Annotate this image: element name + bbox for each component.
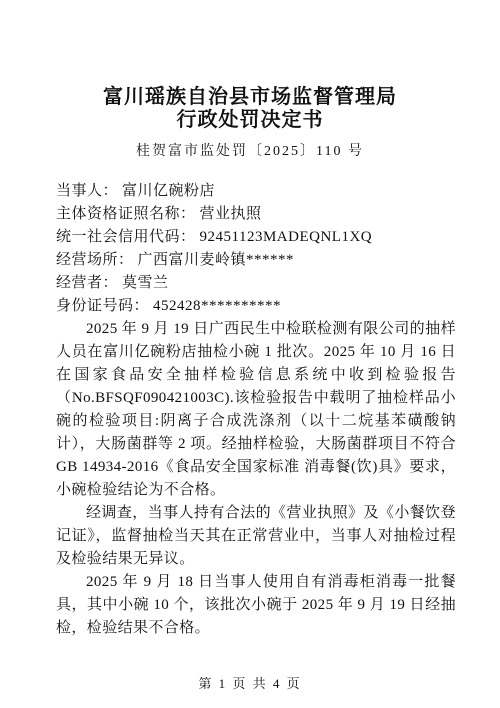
- field-label: 主体资格证照名称：: [56, 206, 196, 222]
- field-label: 当事人：: [56, 183, 118, 199]
- document-subtitle: 行政处罚决定书: [0, 109, 500, 132]
- field-value: 广西富川麦岭镇******: [138, 252, 295, 268]
- paragraphs-block: 2025 年 9 月 19 日广西民生中检联检测有限公司的抽样人员在富川亿碗粉店…: [56, 318, 456, 640]
- document-number: 桂贺富市监处罚〔2025〕110 号: [0, 140, 500, 160]
- field-label: 身份证号码：: [56, 298, 149, 314]
- field-row-credit-code: 统一社会信用代码：92451123MADEQNL1XQ: [56, 226, 456, 249]
- field-label: 经营者：: [56, 275, 118, 291]
- document-body: 当事人：富川亿碗粉店 主体资格证照名称：营业执照 统一社会信用代码：924511…: [0, 180, 500, 640]
- field-value: 92451123MADEQNL1XQ: [200, 229, 373, 245]
- field-row-business-address: 经营场所：广西富川麦岭镇******: [56, 249, 456, 272]
- document-title: 富川瑶族自治县市场监督管理局: [0, 86, 500, 109]
- field-value: 富川亿碗粉店: [122, 183, 215, 199]
- field-row-license-name: 主体资格证照名称：营业执照: [56, 203, 456, 226]
- field-value: 452428**********: [153, 298, 281, 314]
- field-value: 营业执照: [200, 206, 262, 222]
- field-row-operator: 经营者：莫雪兰: [56, 272, 456, 295]
- title-block: 富川瑶族自治县市场监督管理局 行政处罚决定书 桂贺富市监处罚〔2025〕110 …: [0, 86, 500, 160]
- field-label: 经营场所：: [56, 252, 134, 268]
- paragraph-disinfection-batch: 2025 年 9 月 18 日当事人使用自有消毒柜消毒一批餐具，其中小碗 10 …: [56, 571, 456, 640]
- field-row-id-number: 身份证号码：452428**********: [56, 295, 456, 318]
- paragraph-investigation: 经调查，当事人持有合法的《营业执照》及《小餐饮登记证》，监督抽检当天其在正常营业…: [56, 502, 456, 571]
- penalty-decision-page: 富川瑶族自治县市场监督管理局 行政处罚决定书 桂贺富市监处罚〔2025〕110 …: [0, 0, 500, 708]
- page-number-footer: 第 1 页 共 4 页: [0, 673, 500, 692]
- field-row-party: 当事人：富川亿碗粉店: [56, 180, 456, 203]
- field-label: 统一社会信用代码：: [56, 229, 196, 245]
- paragraph-sampling-findings: 2025 年 9 月 19 日广西民生中检联检测有限公司的抽样人员在富川亿碗粉店…: [56, 318, 456, 502]
- field-value: 莫雪兰: [122, 275, 169, 291]
